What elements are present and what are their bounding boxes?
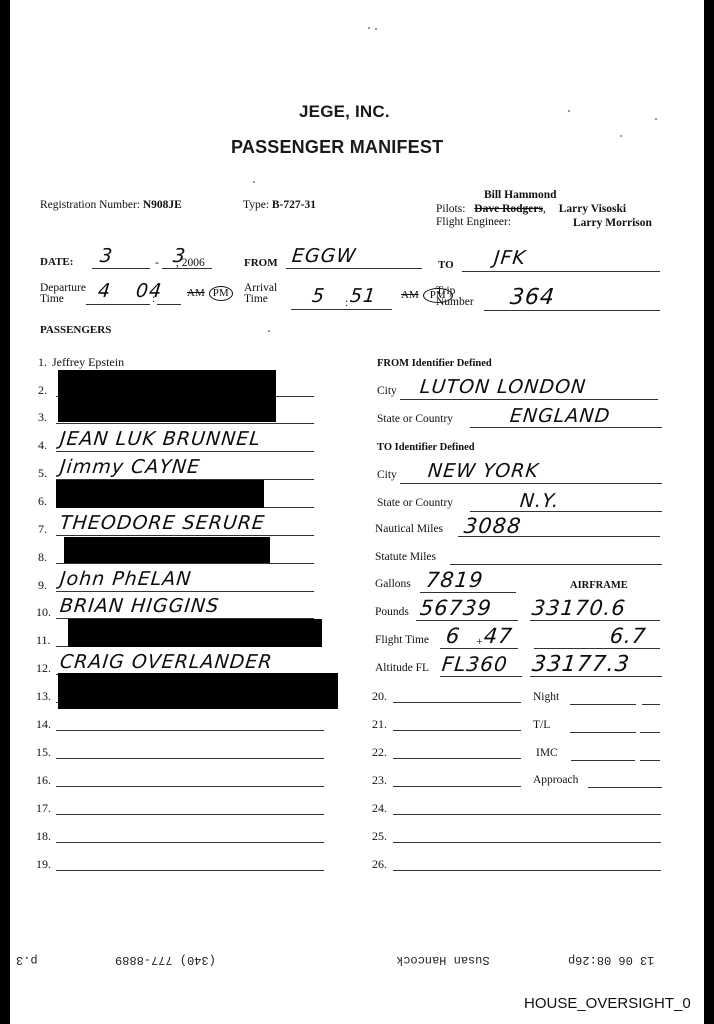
to-identifier-heading: TO Identifier Defined [377, 442, 475, 453]
scan-speck [368, 27, 370, 29]
date-month[interactable]: 3 [99, 245, 114, 267]
gallons-value[interactable]: 7819 [425, 568, 485, 592]
departure-label-2: Time [40, 294, 86, 305]
passenger-number: 22. [372, 745, 387, 760]
departure-ampm[interactable]: AM PM [181, 283, 233, 301]
departure-label: Departure Time [40, 283, 86, 305]
airframe-start-line [530, 620, 660, 621]
arrival-hour[interactable]: 5 [311, 285, 326, 307]
pilot-2: Larry Visoski [559, 203, 626, 215]
from-label: FROM [244, 257, 278, 269]
scan-border-left [0, 0, 10, 1024]
to-state-label: State or Country [377, 497, 453, 509]
altitude-line [440, 676, 522, 677]
passenger-number: 15. [36, 745, 51, 760]
to-city-line [400, 483, 662, 484]
fax-sender: Susan Hancock [396, 950, 490, 968]
passenger-line[interactable] [56, 814, 324, 815]
type-label: Type: [243, 199, 269, 211]
passenger-number: 24. [372, 801, 387, 816]
altitude-value[interactable]: FL360 [441, 652, 509, 676]
flight-time-label: Flight Time [375, 634, 429, 646]
altitude-label: Altitude FL [375, 662, 429, 674]
to-line [462, 271, 660, 272]
approach-line[interactable] [588, 787, 662, 788]
passenger-number: 16. [36, 773, 51, 788]
departure-hour-line [86, 304, 150, 305]
passengers-heading: PASSENGERS [40, 324, 111, 336]
airframe-end-value[interactable]: 33177.3 [531, 652, 632, 677]
passenger-line[interactable] [56, 758, 324, 759]
fax-page: p.3 [16, 950, 38, 968]
passenger-line[interactable] [393, 758, 521, 759]
from-city-value[interactable]: LUTON LONDON [419, 376, 588, 398]
scan-speck [568, 110, 570, 112]
scan-speck [253, 181, 255, 183]
airframe-flight-line [534, 648, 660, 649]
registration-value: N908JE [143, 199, 182, 211]
from-state-line [470, 427, 662, 428]
passenger-number: 5. [38, 466, 47, 481]
passenger-number: 12. [36, 661, 51, 676]
passenger-number: 6. [38, 494, 47, 509]
passenger-name[interactable]: Jimmy CAYNE [59, 456, 202, 478]
type-value: B-727-31 [272, 199, 316, 211]
passenger-name[interactable]: CRAIG OVERLANDER [59, 651, 274, 673]
bates-stamp: HOUSE_OVERSIGHT_0 [524, 995, 691, 1012]
trip-value[interactable]: 364 [509, 285, 557, 310]
from-line [286, 268, 422, 269]
arrival-colon: : [345, 295, 348, 310]
arrival-min[interactable]: 51 [349, 285, 377, 307]
passenger-number: 11. [36, 633, 51, 648]
engineer-label: Flight Engineer: [436, 216, 511, 228]
airframe-heading: AIRFRAME [570, 580, 628, 591]
redaction-box [58, 370, 276, 422]
passenger-name[interactable]: John PhELAN [59, 568, 193, 590]
passenger-number: 25. [372, 829, 387, 844]
departure-hour[interactable]: 4 [97, 280, 112, 302]
pounds-value[interactable]: 56739 [419, 596, 493, 620]
scan-speck [375, 28, 377, 30]
engineer-value: Larry Morrison [573, 217, 652, 229]
document-title: PASSENGER MANIFEST [231, 137, 443, 158]
passenger-line[interactable] [393, 702, 521, 703]
imc-decimal-line[interactable] [640, 760, 660, 761]
passenger-number: 10. [36, 605, 51, 620]
registration-label: Registration Number: [40, 199, 140, 211]
from-city-label: City [377, 385, 397, 397]
scan-speck [620, 135, 622, 137]
to-city-label: City [377, 469, 397, 481]
fax-page-text: p.3 [16, 953, 38, 967]
passenger-line[interactable] [393, 870, 661, 871]
passenger-line[interactable] [393, 730, 521, 731]
fax-datetime-text: 13 06 08:26p [568, 953, 654, 967]
pilot-added: Bill Hammond [484, 189, 557, 201]
scan-border-right [704, 0, 714, 1024]
passenger-number: 19. [36, 857, 51, 872]
passenger-line[interactable] [393, 842, 661, 843]
arrival-label: Arrival Time [244, 283, 277, 305]
to-label: TO [438, 259, 454, 271]
arrival-hour-line [291, 309, 353, 310]
fax-phone-text: (340) 777-8889 [115, 953, 216, 967]
passenger-number: 13. [36, 689, 51, 704]
company-name: JEGE, INC. [299, 102, 390, 122]
passenger-number: 8. [38, 550, 47, 565]
from-state-value[interactable]: ENGLAND [509, 405, 612, 427]
passenger-number: 26. [372, 857, 387, 872]
passenger-number: 14. [36, 717, 51, 732]
passenger-number: 17. [36, 801, 51, 816]
from-state-label: State or Country [377, 413, 453, 425]
departure-min[interactable]: 04 [135, 280, 163, 302]
passenger-number: 4. [38, 438, 47, 453]
passenger-number: 9. [38, 578, 47, 593]
flight-time-plus: + [476, 634, 483, 649]
statute-miles-label: Statute Miles [375, 551, 436, 563]
pounds-label: Pounds [375, 606, 409, 618]
departure-am: AM [187, 288, 205, 299]
arrival-min-line [350, 309, 392, 310]
flight-time-hours[interactable]: 6 [445, 624, 462, 648]
tl-second-line[interactable] [640, 732, 660, 733]
night-decimal-line[interactable] [642, 704, 660, 705]
pilots-label: Pilots: [436, 203, 465, 215]
date-label: DATE: [40, 256, 73, 268]
nautical-miles-value[interactable]: 3088 [463, 514, 523, 538]
passenger-line[interactable] [56, 870, 324, 871]
pilots-field: Pilots: Dave Rodgers, Larry Visoski [436, 203, 626, 215]
airframe-start-value[interactable]: 33170.6 [531, 596, 627, 620]
fax-datetime: 13 06 08:26p [568, 950, 654, 968]
gallons-label: Gallons [375, 578, 411, 590]
scan-speck [655, 118, 657, 120]
passenger-line[interactable] [56, 591, 314, 592]
trip-line [484, 310, 660, 311]
departure-pm-circled: PM [209, 286, 233, 301]
date-month-line [92, 268, 150, 269]
fax-phone: (340) 777-8889 [115, 950, 216, 968]
pilot-comma: , [543, 203, 546, 215]
tl-line[interactable] [570, 732, 636, 733]
passenger-number: 1. [38, 355, 47, 370]
trip-label-2: Number [436, 297, 474, 308]
approach-label: Approach [533, 774, 578, 786]
scan-speck [268, 330, 270, 332]
passenger-number: 2. [38, 383, 47, 398]
passenger-line[interactable] [56, 535, 314, 536]
passenger-name[interactable]: THEODORE SERURE [59, 512, 266, 534]
from-city-line [400, 399, 658, 400]
to-city-value[interactable]: NEW YORK [427, 460, 540, 482]
passenger-name: Jeffrey Epstein [52, 355, 124, 370]
passenger-line[interactable] [56, 786, 324, 787]
redaction-box [68, 619, 322, 647]
passenger-number: 23. [372, 773, 387, 788]
passenger-line[interactable] [393, 814, 661, 815]
passenger-number: 18. [36, 829, 51, 844]
nautical-miles-label: Nautical Miles [375, 523, 443, 535]
imc-line[interactable] [571, 760, 635, 761]
type-field: Type: B-727-31 [243, 199, 316, 211]
redaction-box [64, 537, 270, 563]
night-line[interactable] [570, 704, 636, 705]
departure-min-line [157, 304, 181, 305]
date-dash: - [155, 255, 159, 270]
to-value[interactable]: JFK [493, 247, 527, 269]
pounds-line [416, 620, 518, 621]
passenger-number: 7. [38, 522, 47, 537]
redaction-box [58, 673, 338, 709]
passenger-name[interactable]: JEAN LUK BRUNNEL [59, 428, 262, 450]
passenger-name[interactable]: BRIAN HIGGINS [59, 595, 221, 617]
tl-label: T/L [533, 719, 550, 731]
night-label: Night [533, 691, 559, 703]
passenger-number: 3. [38, 410, 47, 425]
passenger-line[interactable] [56, 451, 314, 452]
from-value[interactable]: EGGW [291, 245, 358, 267]
redaction-box [56, 480, 264, 508]
from-identifier-heading: FROM Identifier Defined [377, 358, 492, 369]
to-state-line [470, 511, 662, 512]
arrival-am: AM [401, 290, 419, 301]
passenger-number: 20. [372, 689, 387, 704]
date-year: , 2006 [176, 257, 205, 269]
passenger-line[interactable] [393, 786, 521, 787]
passenger-line[interactable] [56, 423, 314, 424]
trip-label: Trip Number [436, 286, 474, 308]
gallons-line [420, 592, 516, 593]
passenger-line[interactable] [56, 842, 324, 843]
registration-field: Registration Number: N908JE [40, 199, 182, 211]
to-state-value[interactable]: N.Y. [519, 490, 561, 512]
passenger-number: 21. [372, 717, 387, 732]
pilot-struck: Dave Rodgers [474, 203, 543, 215]
fax-sender-text: Susan Hancock [396, 953, 490, 967]
passenger-line[interactable] [56, 730, 324, 731]
airframe-flight-value[interactable]: 6.7 [609, 624, 648, 648]
arrival-label-2: Time [244, 294, 277, 305]
statute-miles-line[interactable] [450, 564, 662, 565]
imc-label: IMC [536, 747, 558, 759]
passenger-line[interactable] [56, 563, 314, 564]
flight-time-minutes[interactable]: 47 [483, 624, 514, 648]
